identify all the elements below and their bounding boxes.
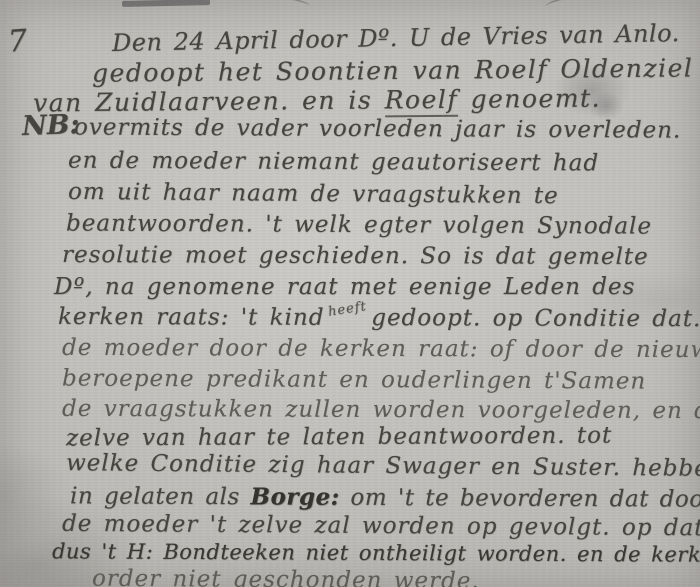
nb-line-6: Dº, na genomene raat met eenige Leden de… — [54, 274, 635, 300]
nb-line-16-cropped: order niet geschonden werde. — [92, 566, 480, 587]
child-name-underlined: Roelf — [385, 85, 459, 118]
nb-line-3: om uit haar naam de vraagstukken te — [68, 179, 559, 209]
nb-line-10: de vraagstukken zullen worden voorgelede… — [62, 396, 700, 424]
nb-line-15: dus 't H: Bondteeken niet ontheiligt wor… — [52, 539, 700, 567]
nb-line-7-post: gedoopt. op Conditie dat. — [371, 305, 700, 332]
entry-line-name: van Zuidlaarveen. en is Roelf genoemt. — [33, 84, 601, 118]
entry-line-baptism: gedoopt het Soontien van Roelf Oldenziel — [92, 53, 694, 87]
cropped-stroke — [544, 0, 590, 13]
entry-line-name-pre: van Zuidlaarveen. en is — [33, 85, 385, 117]
inserted-word: heeft — [328, 299, 369, 320]
cropped-stroke — [249, 0, 310, 12]
nb-line-7: kerken raats: 't kindheeftgedoopt. op Co… — [58, 304, 700, 332]
nb-line-8: de moeder door de kerken raat: of door d… — [62, 335, 700, 363]
nb-line-11: zelve van haar te laten beantwoorden. to… — [66, 423, 612, 452]
nb-line-14: de moeder 't zelve zal worden op gevolgt… — [62, 511, 700, 541]
nb-line-12: welke Conditie zig haar Swager en Suster… — [66, 450, 700, 482]
manuscript-scan: 7 NB: Den 24 April door Dº. U de Vries v… — [0, 0, 700, 587]
nb-line-13-pre: in gelaten als — [70, 483, 251, 510]
emphasized-word-borge: Borge: — [250, 483, 339, 510]
nb-line-2: en de moeder niemant geautoriseert had — [68, 148, 599, 177]
nb-line-1: overmits de vader voorleden jaar is over… — [74, 114, 681, 143]
nb-line-9: beroepene predikant en ouderlingen t'Sam… — [62, 365, 646, 394]
margin-entry-number: 7 — [7, 23, 28, 59]
nb-line-13-post: om 't te bevorderen dat door — [340, 485, 700, 513]
entry-line-name-post: genoemt. — [458, 84, 601, 114]
nb-line-5: resolutie moet geschieden. So is dat gem… — [62, 242, 649, 270]
nb-line-7-pre: kerken raats: 't kind — [58, 304, 325, 331]
nb-line-4: beantwoorden. 't welk egter volgen Synod… — [66, 210, 652, 239]
entry-line-date: Den 24 April door Dº. U de Vries van Anl… — [112, 19, 680, 57]
nb-line-13: in gelaten als Borge: om 't te bevordere… — [70, 482, 700, 512]
cropped-previous-line-mark — [122, 0, 210, 7]
